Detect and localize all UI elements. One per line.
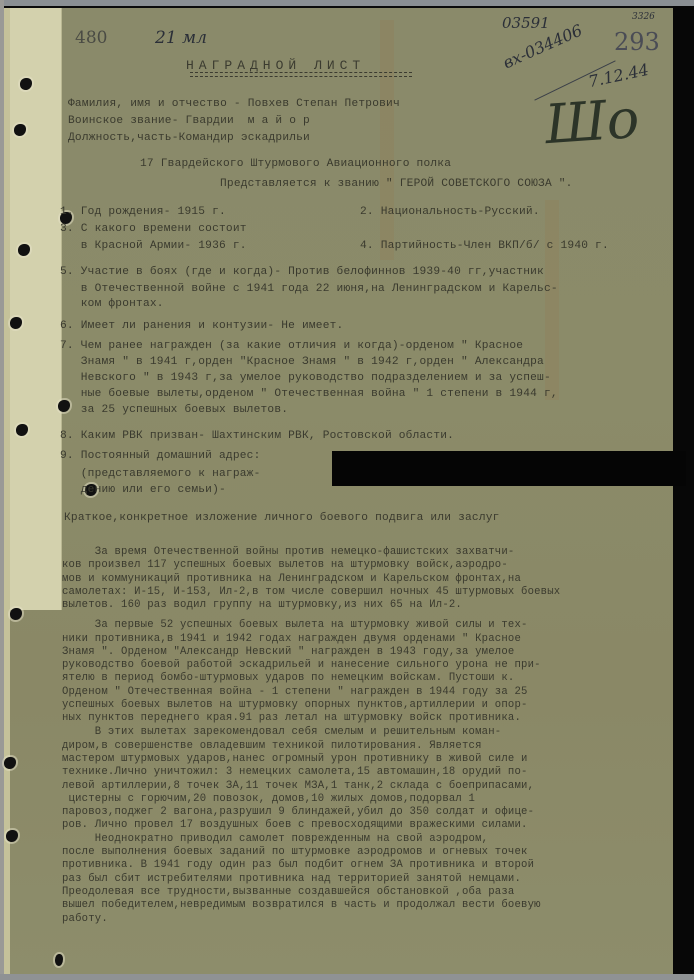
narrative-line: мов и коммуникаций противника на Ленингр… xyxy=(62,573,521,586)
document-title: НАГРАДНОЙ ЛИСТ xyxy=(186,58,365,73)
narrative-line: вылетов. 160 раз водил группу на штурмов… xyxy=(62,599,462,612)
narrative-line: технике.Лично уничтожил: 3 немецких само… xyxy=(62,766,528,779)
narrative-line: За первые 52 успешных боевых вылета на ш… xyxy=(62,619,528,632)
name-line: Фамилия, имя и отчество - Повхев Степан … xyxy=(68,98,400,111)
narrative-line: противника. В 1941 году один раз был под… xyxy=(62,859,534,872)
page-number: 293 xyxy=(614,28,660,56)
field-line: Знамя " в 1941 г,орден "Красное Знамя " … xyxy=(60,356,544,369)
narrative-line: В этих вылетах зарекомендовал себя смелы… xyxy=(62,726,501,739)
field-line: 5. Участие в боях (где и когда)- Против … xyxy=(60,266,544,279)
archive-number: 03591 xyxy=(502,14,550,32)
rank-line: Воинское звание- Гвардии м а й о р xyxy=(68,115,310,128)
field-line: 6. Имеет ли ранения и контузии- Не имеет… xyxy=(60,320,343,333)
narrative-line: руководство боевой работой эскадрильей и… xyxy=(62,659,541,672)
narrative-line: диром,в совершенстве овладевшим техникой… xyxy=(62,740,482,753)
field-line: 7. Чем ранее награжден (за какие отличия… xyxy=(60,340,523,353)
position-line: Должность,часть-Командир эскадрильи xyxy=(68,132,310,145)
narrative-line: За время Отечественной войны против неме… xyxy=(62,546,514,559)
narrative-line: Преодолевая все трудности,вызванные созд… xyxy=(62,886,514,899)
field-line: Невского " в 1943 г,за умелое руководств… xyxy=(60,372,551,385)
narrative-line: вышел победителем,невредимым возвратился… xyxy=(62,899,541,912)
scan-border-right xyxy=(673,6,694,974)
regiment-line: 17 Гвардейского Штурмового Авиационного … xyxy=(140,158,451,171)
scan-frame-top xyxy=(0,0,694,6)
narrative-line: мастером штурмовых ударов,нанес огромный… xyxy=(62,753,528,766)
narrative-line: Орденом " Отечественная война - 1 степен… xyxy=(62,686,528,699)
narrative-line: ров. Лично провел 17 воздушных боев с пр… xyxy=(62,819,528,832)
narrative-line: Знамя ". Орденом "Александр Невский " на… xyxy=(62,646,514,659)
narrative-line: работу. xyxy=(62,913,108,926)
field-line: 9. Постоянный домашний адрес: xyxy=(60,450,261,463)
handwritten-note: 21 мл xyxy=(155,28,207,48)
field-line: ные боевые вылеты,орденом " Отечественна… xyxy=(60,388,558,401)
field-line-right: 2. Национальность-Русский. xyxy=(360,206,540,219)
field-line: дению или его семьи)- xyxy=(60,484,226,497)
nomination-line: Представляется к званию " ГЕРОЙ СОВЕТСКО… xyxy=(220,178,573,191)
field-line: (представляемого к награж- xyxy=(60,468,261,481)
narrative-line: цистерны с горючим,20 повозок, домов,10 … xyxy=(62,793,475,806)
field-line: в Отечественной войне с 1941 года 22 июн… xyxy=(60,283,558,296)
narrative-line: самолетах: И-15, И-153, Ил-2,в том числе… xyxy=(62,586,560,599)
redacted-address-block xyxy=(332,451,686,486)
title-underline xyxy=(190,72,412,77)
binding-strip xyxy=(10,8,62,610)
narrative-line: левой артиллерии,8 точек ЗА,11 точек МЗА… xyxy=(62,780,534,793)
narrative-line: ятелю в период бомбо-штурмовых ударов по… xyxy=(62,672,514,685)
narrative-line: успешных боевых вылетов на штурмовку опо… xyxy=(62,699,528,712)
field-line: 1. Год рождения- 1915 г. xyxy=(60,206,226,219)
scan-frame-bottom xyxy=(0,974,694,980)
corner-note: 3326 xyxy=(632,12,655,22)
handwritten-signature: Шо xyxy=(543,87,641,156)
narrative-line: после выполнения боевых заданий по штурм… xyxy=(62,846,528,859)
field-line: в Красной Армии- 1936 г. xyxy=(60,240,247,253)
field-line: за 25 успешных боевых вылетов. xyxy=(60,404,288,417)
section-heading: Краткое,конкретное изложение личного бое… xyxy=(64,512,500,525)
paper-stain xyxy=(380,20,394,260)
narrative-line: раз был сбит истребителями противника на… xyxy=(62,873,521,886)
narrative-line: ков произвел 117 успешных боевых вылетов… xyxy=(62,559,508,572)
narrative-line: паровоз,поджег 2 вагона,разрушил 9 блинд… xyxy=(62,806,534,819)
field-line: 8. Каким РВК призван- Шахтинским РВК, Ро… xyxy=(60,430,454,443)
field-line-right: 4. Партийность-Член ВКП/б/ с 1940 г. xyxy=(360,240,609,253)
field-line: ком фронтах. xyxy=(60,298,164,311)
narrative-line: ники противника,в 1941 и 1942 годах нагр… xyxy=(62,633,521,646)
narrative-line: Неоднократно приводил самолет поврежденн… xyxy=(62,833,488,846)
field-line: 3. С какого времени состоит xyxy=(60,223,247,236)
paper-stain xyxy=(545,200,559,400)
narrative-line: ных пунктов переднего края.91 раз летал … xyxy=(62,712,521,725)
handwritten-number: 480 xyxy=(75,28,107,48)
